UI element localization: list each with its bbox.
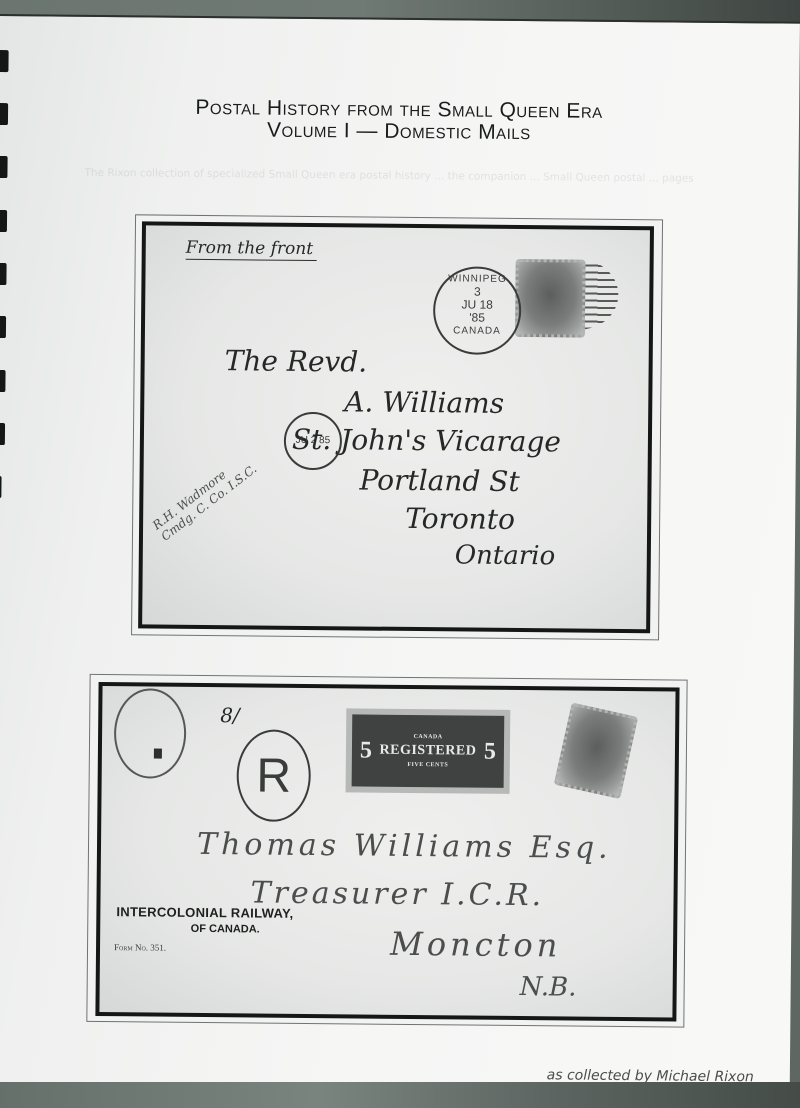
small-queen-stamp [554,702,639,799]
registered-letter: R [256,748,291,803]
small-queen-stamp [515,259,586,338]
postmark-year: '85 [435,311,519,325]
address-line-1: The Revd. [225,344,368,378]
printed-corner-company: INTERCOLONIAL RAILWAY, [116,904,293,921]
bleed-through-text: The Rixon collection of specialized Smal… [84,167,734,186]
cover-2-frame: 8/ R 5 CANADA REGISTERED FIVE CENTS 5 Th… [86,674,687,1028]
address-line-3: Moncton [390,925,562,965]
address-line-1: Thomas Williams Esq. [197,827,612,866]
address-line-4: Portland St [359,463,519,498]
registered-oval-mark: R [236,729,311,822]
receiving-postmark-date: JU 2 85 [296,435,331,446]
cover-1-frame: From the front WINNIPEG 3 JU 18 '85 CANA… [131,214,663,640]
address-line-4: N.B. [520,972,577,1003]
printed-corner-form-number: Form No. 351. [114,942,166,952]
postmark-country: CANADA [435,324,519,338]
reg-stamp-denomination: FIVE CENTS [379,758,476,773]
cover-2-envelope: 8/ R 5 CANADA REGISTERED FIVE CENTS 5 Th… [95,682,679,1022]
binding-hole [0,423,5,445]
address-line-2: A. Williams [344,385,504,420]
cover-1-envelope: From the front WINNIPEG 3 JU 18 '85 CANA… [138,221,654,633]
winnipeg-postmark: WINNIPEG 3 JU 18 '85 CANADA [433,266,522,355]
oval-cancel-mark [114,688,187,779]
annotation-from-the-front: From the front [186,238,318,261]
bottom-page-edge [0,1082,800,1108]
binding-hole [0,370,6,392]
binding-hole [0,50,9,72]
binding-hole [0,316,6,338]
binding-hole [0,263,7,285]
binding-hole [0,156,8,178]
printed-corner-country: OF CANADA. [100,922,350,936]
reg-stamp-word: REGISTERED [379,743,476,759]
reg-stamp-value-right: 5 [484,738,496,765]
binding-hole [0,210,7,232]
address-line-6: Ontario [455,540,556,571]
binding-hole [0,476,2,498]
album-page: The Rixon collection of specialized Smal… [0,14,800,1096]
registration-stamp-design: 5 CANADA REGISTERED FIVE CENTS 5 [352,714,505,787]
manuscript-mark: 8/ [220,703,240,727]
reg-stamp-center: CANADA REGISTERED FIVE CENTS [379,730,476,773]
registration-stamp: 5 CANADA REGISTERED FIVE CENTS 5 [346,708,511,794]
reg-stamp-value-left: 5 [360,737,372,764]
address-line-2: Treasurer I.C.R. [250,875,544,913]
sender-name: R.H. Wadmore [150,451,251,533]
address-line-5: Toronto [405,502,515,536]
sender-note: R.H. Wadmore Cmdg. C. Co. I.S.C. [150,451,260,544]
receiving-postmark: JU 2 85 [284,412,343,471]
cancel-dot [154,749,162,759]
